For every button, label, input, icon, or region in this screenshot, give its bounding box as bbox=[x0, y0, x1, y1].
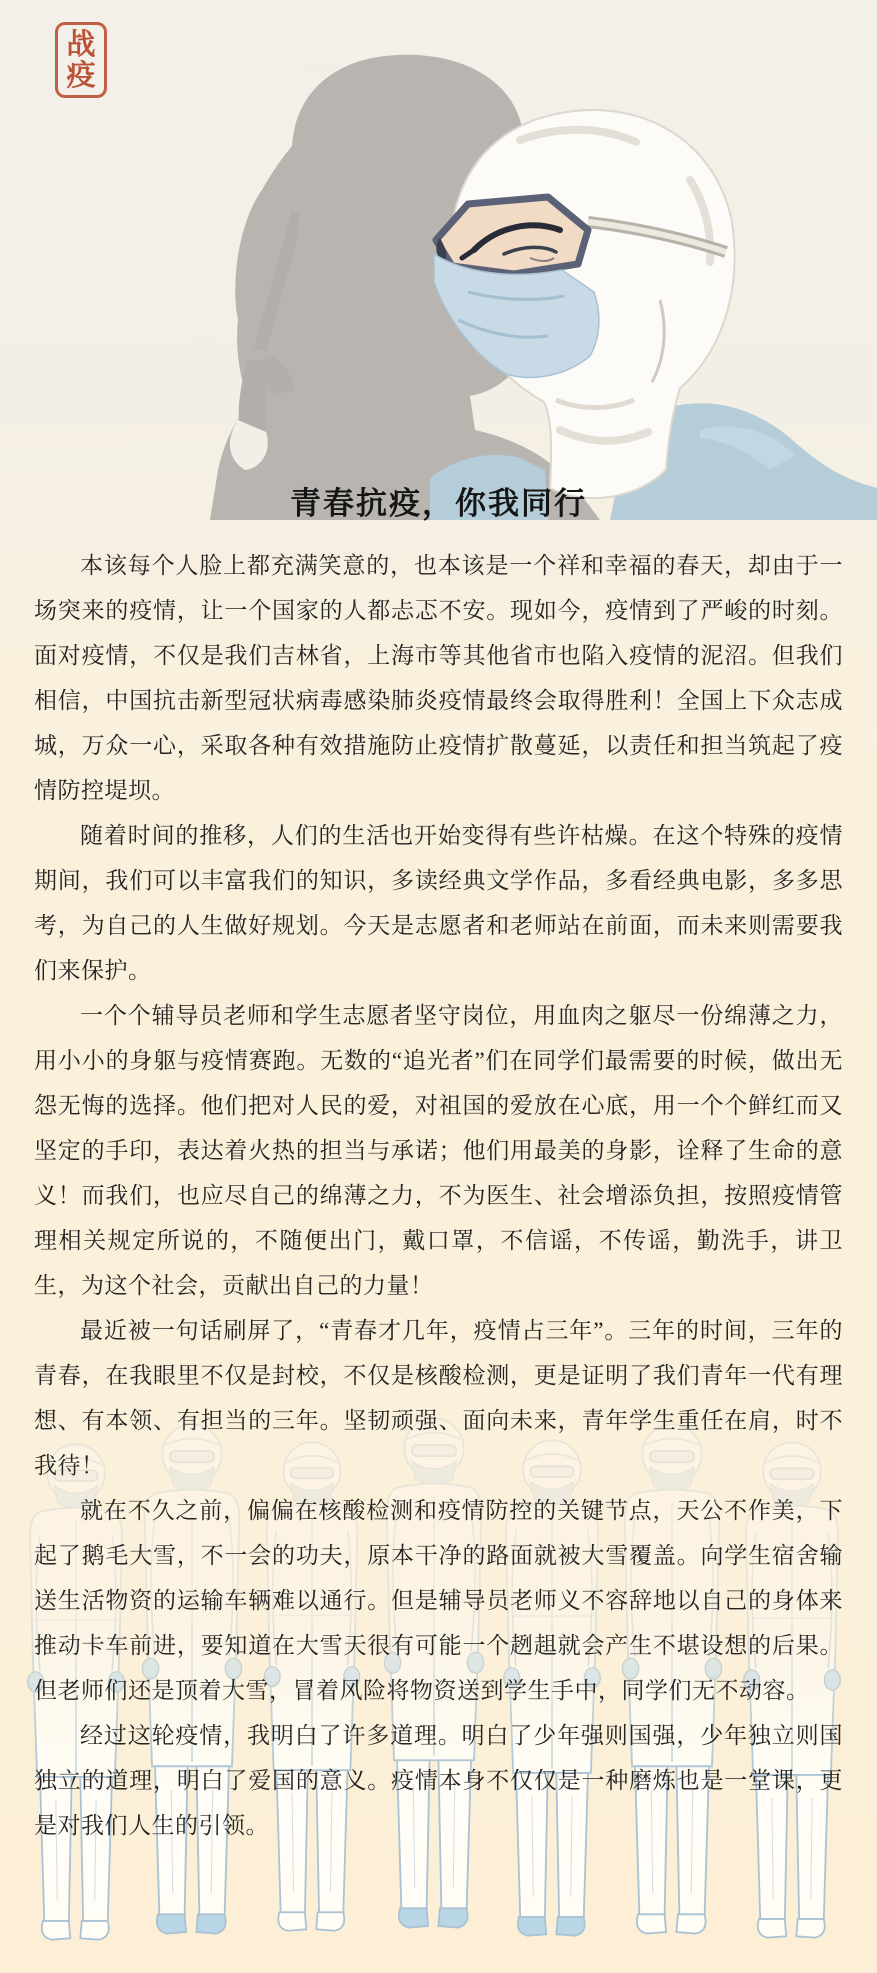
paragraph: 随着时间的推移，人们的生活也开始变得有些许枯燥。在这个特殊的疫情期间，我们可以丰… bbox=[34, 813, 843, 993]
paragraph: 最近被一句话刷屏了，“青春才几年，疫情占三年”。三年的时间，三年的青春，在我眼里… bbox=[34, 1308, 843, 1488]
seal-char-bottom: 疫 bbox=[66, 60, 95, 91]
seal-stamp: 战 疫 bbox=[55, 22, 107, 98]
paragraph: 经过这轮疫情，我明白了许多道理。明白了少年强则国强，少年独立则国独立的道理，明白… bbox=[34, 1713, 843, 1848]
paragraph: 本该每个人脸上都充满笑意的，也本该是一个祥和幸福的春天，却由于一场突来的疫情，让… bbox=[34, 543, 843, 813]
article-body: 本该每个人脸上都充满笑意的，也本该是一个祥和幸福的春天，却由于一场突来的疫情，让… bbox=[34, 543, 843, 1848]
seal-char-top: 战 bbox=[66, 29, 95, 60]
article-title: 青春抗疫，你我同行 bbox=[0, 478, 877, 523]
medical-worker-icon bbox=[430, 110, 877, 520]
article-page: 战 疫 青春抗疫，你我同行 本该每个人脸上都充满笑意的，也本该是一个祥和幸福的春… bbox=[0, 0, 877, 1973]
paragraph: 就在不久之前，偏偏在核酸检测和疫情防控的关键节点，天公不作美，下起了鹅毛大雪，不… bbox=[34, 1488, 843, 1713]
paragraph: 一个个辅导员老师和学生志愿者坚守岗位，用血肉之躯尽一份绵薄之力，用小小的身躯与疫… bbox=[34, 993, 843, 1308]
hero-illustration bbox=[0, 0, 877, 520]
